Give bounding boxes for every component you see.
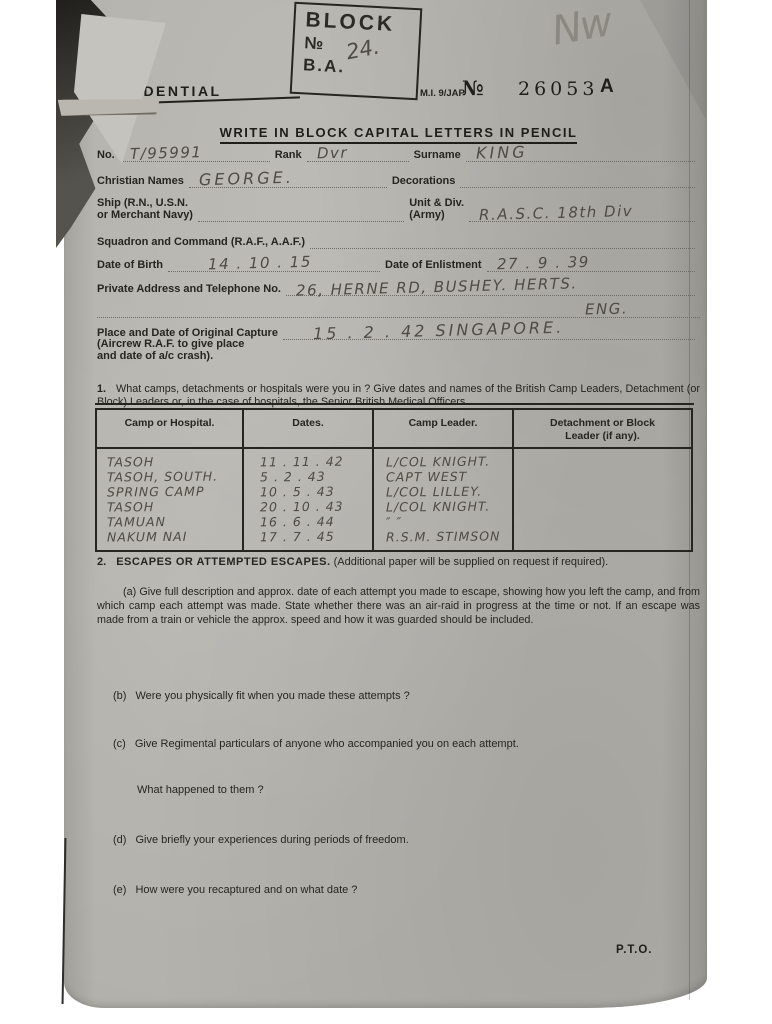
rank-label: Rank <box>275 149 302 162</box>
address-field: 26, HERNE RD, BUSHEY. HERTS. <box>286 280 695 296</box>
date-of-birth-field: 14 . 10 . 15 <box>168 256 380 272</box>
capture-field: 15 . 2 . 42 SINGAPORE. <box>283 324 695 340</box>
question-2-heading: 2.ESCAPES OR ATTEMPTED ESCAPES. (Additio… <box>97 556 700 568</box>
unit-div-field: R.A.S.C. 18th Div <box>469 206 695 222</box>
serial-no-symbol: № <box>462 76 484 100</box>
decorations-label: Decorations <box>392 175 456 188</box>
question-2d-label: (d) <box>113 834 135 846</box>
form-title: WRITE IN BLOCK CAPITAL LETTERS IN PENCIL <box>97 124 700 144</box>
date-cell: 10 . 5 . 43 <box>244 483 372 499</box>
surname-field: KING <box>466 146 695 162</box>
serial-number: 26053 <box>518 78 598 100</box>
detachment-cell <box>514 483 691 500</box>
question-2b-label: (b) <box>113 690 135 702</box>
camp-cell: SPRING CAMP <box>97 483 242 499</box>
table-top-rule <box>95 403 694 405</box>
question-2-note: (Additional paper will be supplied on re… <box>334 556 609 568</box>
leader-cell: L/COL LILLEY. <box>374 483 512 499</box>
col-header-detachment: Detachment or Block Leader (if any). <box>512 410 691 447</box>
pto-footer: P.T.O. <box>616 944 652 956</box>
capture-note-line1: (Aircrew R.A.F. to give place <box>97 338 244 351</box>
question-2c: (c)Give Regimental particulars of anyone… <box>113 738 693 750</box>
col-header-dates: Dates. <box>242 410 372 447</box>
address-field-line2: ENG. <box>97 302 700 318</box>
leader-cell: L/COL KNIGHT. <box>374 498 512 514</box>
question-1-number: 1. <box>97 383 116 395</box>
camp-column: TASOH TASOH, SOUTH. SPRING CAMP TASOH TA… <box>97 449 242 550</box>
question-2b: (b)Were you physically fit when you made… <box>113 690 693 702</box>
christian-names-field: GEORGE. <box>189 172 387 188</box>
question-2d: (d)Give briefly your experiences during … <box>113 834 693 846</box>
unit-div-value: R.A.S.C. 18th Div <box>479 202 634 224</box>
camps-table-header: Camp or Hospital. Dates. Camp Leader. De… <box>97 410 691 449</box>
row-squadron: Squadron and Command (R.A.F., A.A.F.) <box>97 233 700 249</box>
squadron-field <box>310 233 695 249</box>
date-of-birth-value: 14 . 10 . 15 <box>208 253 312 274</box>
camps-table-body: TASOH TASOH, SOUTH. SPRING CAMP TASOH TA… <box>97 449 691 550</box>
question-2e: (e)How were you recaptured and on what d… <box>113 884 693 896</box>
camp-cell: TASOH, SOUTH. <box>97 468 242 484</box>
series-letter: A <box>600 76 614 98</box>
rank-field: Dvr <box>307 146 409 162</box>
date-of-birth-label: Date of Birth <box>97 259 163 272</box>
detachment-cell <box>514 468 691 485</box>
detachment-column <box>512 449 691 550</box>
ship-label-line1: Ship (R.N., U.S.N. <box>97 197 193 209</box>
question-2e-text: How were you recaptured and on what date… <box>135 884 357 896</box>
surname-label: Surname <box>414 149 461 162</box>
question-2c-followup: What happened to them ? <box>137 784 717 796</box>
detachment-cell <box>514 498 691 515</box>
question-2-title: ESCAPES OR ATTEMPTED ESCAPES. <box>116 556 330 568</box>
surname-value: KING <box>475 142 527 162</box>
row-names-decorations: Christian Names GEORGE. Decorations <box>97 172 700 188</box>
leader-cell: CAPT WEST <box>374 468 512 484</box>
question-2c-label: (c) <box>113 738 135 750</box>
camp-cell: NAKUM NAI <box>97 528 242 544</box>
date-cell: 5 . 2 . 43 <box>244 468 372 484</box>
no-field: T/95991 <box>120 146 270 162</box>
date-cell: 16 . 6 . 44 <box>244 513 372 529</box>
no-value: T/95991 <box>130 143 203 163</box>
question-2a-text: Give full description and approx. date o… <box>97 586 700 626</box>
address-value-line2: ENG. <box>585 299 629 318</box>
detachment-cell <box>514 453 691 470</box>
christian-names-label: Christian Names <box>97 175 184 188</box>
scanned-pow-form: ONFIDENTIAL BLOCK № 24. B.A. Nw M.I. 9/J… <box>0 0 772 1024</box>
camp-cell: TASOH <box>97 453 242 469</box>
col-header-camp: Camp or Hospital. <box>97 410 242 447</box>
christian-names-value: GEORGE. <box>199 168 294 189</box>
ship-label-line2: or Merchant Navy) <box>97 209 193 221</box>
decorations-field <box>460 172 695 188</box>
question-1: 1.What camps, detachments or hospitals w… <box>97 383 700 410</box>
row-ship-unit: Ship (R.N., U.S.N. or Merchant Navy) Uni… <box>97 197 700 222</box>
question-2c-text: Give Regimental particulars of anyone wh… <box>135 738 519 750</box>
date-cell: 11 . 11 . 42 <box>244 453 372 469</box>
camps-table: Camp or Hospital. Dates. Camp Leader. De… <box>95 408 693 552</box>
enlistment-value: 27 . 9 . 39 <box>496 253 589 273</box>
detachment-cell <box>514 513 691 530</box>
question-2e-label: (e) <box>113 884 135 896</box>
no-label: No. <box>97 149 115 162</box>
dates-column: 11 . 11 . 42 5 . 2 . 43 10 . 5 . 43 20 .… <box>242 449 372 550</box>
form-title-text: WRITE IN BLOCK CAPITAL LETTERS IN PENCIL <box>220 125 578 144</box>
col-header-leader: Camp Leader. <box>372 410 512 447</box>
rank-value: Dvr <box>316 144 348 163</box>
detachment-cell <box>514 528 691 545</box>
ship-field <box>198 206 404 222</box>
question-2d-text: Give briefly your experiences during per… <box>135 834 408 846</box>
form-reference: M.I. 9/JAP <box>420 88 465 99</box>
ship-label: Ship (R.N., U.S.N. or Merchant Navy) <box>97 197 193 222</box>
enlistment-field: 27 . 9 . 39 <box>487 256 695 272</box>
camp-cell: TASOH <box>97 498 242 514</box>
leader-column: L/COL KNIGHT. CAPT WEST L/COL LILLEY. L/… <box>372 449 512 550</box>
row-no-rank-surname: No. T/95991 Rank Dvr Surname KING <box>97 146 700 162</box>
enlistment-label: Date of Enlistment <box>385 259 482 272</box>
leader-cell: L/COL KNIGHT. <box>374 453 512 469</box>
capture-note-line2: and date of a/c crash). <box>97 350 213 363</box>
unit-label-line1: Unit & Div. <box>409 197 464 209</box>
block-number-stamp: BLOCK № 24. B.A. <box>290 2 423 101</box>
date-cell: 17 . 7 . 45 <box>244 528 372 544</box>
address-label: Private Address and Telephone No. <box>97 283 281 296</box>
camp-cell: TAMUAN <box>97 513 242 529</box>
row-address-continued: ENG. <box>97 302 700 318</box>
unit-div-label: Unit & Div. (Army) <box>409 197 464 222</box>
unit-label-line2: (Army) <box>409 209 464 221</box>
question-2a-label: (a) <box>123 586 136 598</box>
row-address: Private Address and Telephone No. 26, HE… <box>97 280 700 296</box>
question-2a: (a) Give full description and approx. da… <box>97 585 700 627</box>
date-cell: 20 . 10 . 43 <box>244 498 372 514</box>
question-2b-text: Were you physically fit when you made th… <box>135 690 409 702</box>
question-2-number: 2. <box>97 556 116 568</box>
leader-cell: R.S.M. STIMSON <box>374 528 512 544</box>
row-dob-enlistment: Date of Birth 14 . 10 . 15 Date of Enlis… <box>97 256 700 272</box>
squadron-label: Squadron and Command (R.A.F., A.A.F.) <box>97 236 305 249</box>
leader-cell: ″ ″ <box>374 513 512 529</box>
